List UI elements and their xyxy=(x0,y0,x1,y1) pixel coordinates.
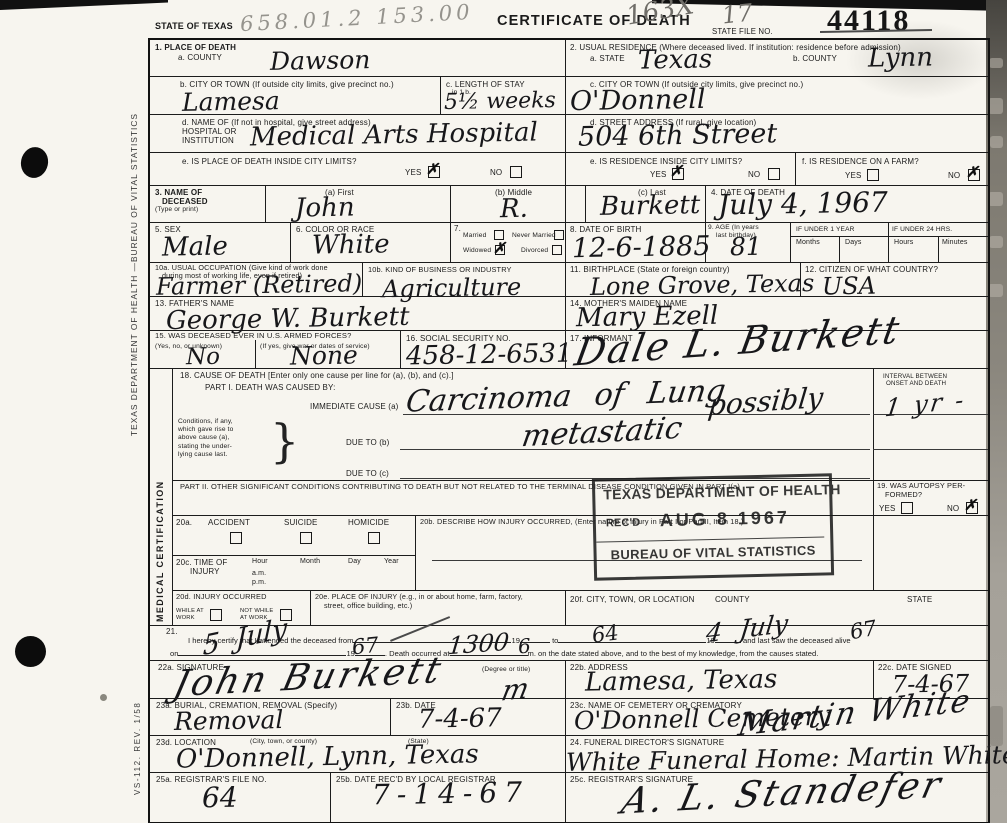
date-of-death-value: July 4, 1967 xyxy=(718,189,888,220)
place-yes-checkbox: ✗ xyxy=(428,166,440,178)
homicide-label: HOMICIDE xyxy=(348,518,389,527)
residence-yes-checkbox: ✗ xyxy=(672,168,684,180)
months-label: Months xyxy=(796,239,820,247)
interval-value: 1 yr - xyxy=(884,387,969,420)
certify-hw-time: 1300 xyxy=(447,630,510,658)
marital-label: 7. xyxy=(454,224,461,233)
race-value: White xyxy=(312,231,390,258)
farm-no-checkbox: ✗ xyxy=(968,169,980,181)
widowed-label: Widowed xyxy=(463,247,491,255)
pencil-notation-right-2: 17 xyxy=(721,0,754,27)
armed-forces-value1: No xyxy=(186,346,220,370)
registrar-file-value: 64 xyxy=(202,784,238,813)
cause-part1: PART I. DEATH WAS CAUSED BY: xyxy=(205,383,335,392)
injury-county-label: COUNTY xyxy=(715,595,750,604)
place-county-value: Dawson xyxy=(270,47,371,74)
place-city-value: Lamesa xyxy=(182,88,280,115)
accident-label: ACCIDENT xyxy=(208,518,250,527)
margin-form-code: VS-112. REV. 1/58 xyxy=(133,702,142,795)
while-at-work-label-1: WHILE AT xyxy=(176,608,204,615)
autopsy-yes-checkbox xyxy=(901,502,913,514)
certify-hw-meridiem: 6 xyxy=(517,636,531,657)
residence-street-value: 504 6th Street xyxy=(578,120,778,150)
residence-state-label: a. STATE xyxy=(590,54,625,63)
never-married-checkbox xyxy=(554,230,564,240)
autopsy-no-checkbox: ✗ xyxy=(966,502,978,514)
margin-department-text: TEXAS DEPARTMENT OF HEALTH —BUREAU OF VI… xyxy=(129,113,139,436)
injury-20a-label: 20a. xyxy=(176,518,192,527)
place-county-label: a. COUNTY xyxy=(178,53,222,62)
location-value: O'Donnell, Lynn, Texas xyxy=(176,741,479,772)
hours-label: Hours xyxy=(894,239,913,247)
divorced-label: Divorced xyxy=(521,247,548,255)
stamp-recd: REC'D xyxy=(606,517,641,531)
pm-label: p.m. xyxy=(252,579,266,587)
while-at-work-label-2: WORK xyxy=(176,615,195,622)
suicide-label: SUICIDE xyxy=(284,518,318,527)
certificate-form: MEDICAL CERTIFICATION xyxy=(148,38,990,823)
autopsy-yes-label: YES xyxy=(879,504,895,513)
pencil-notation-left: 658.01.2 153.00 xyxy=(240,2,474,35)
residence-no-checkbox xyxy=(768,168,780,180)
injury-20d-label: 20d. INJURY OCCURRED xyxy=(176,593,267,602)
ink-speck xyxy=(100,694,107,701)
place-inside-city-label: e. IS PLACE OF DEATH INSIDE CITY LIMITS? xyxy=(182,157,357,166)
stamp-date: AUG 8 1967 xyxy=(660,507,791,531)
stamp-line-3: BUREAU OF VITAL STATISTICS xyxy=(610,543,815,563)
burial-date-value: 7-4-67 xyxy=(418,705,502,732)
injury-20f-label: 20f. CITY, TOWN, OR LOCATION xyxy=(570,595,695,604)
physician-address: Lamesa, Texas xyxy=(585,666,778,695)
certify-number: 21. xyxy=(166,627,178,636)
due-to-b-value: metastatic xyxy=(520,414,685,453)
hospital-value: Medical Arts Hospital xyxy=(250,119,538,150)
physician-signature-flourish: m xyxy=(499,674,532,706)
days-label: Days xyxy=(845,239,862,247)
sex-value: Male xyxy=(162,233,228,260)
residence-yes-label: YES xyxy=(650,170,666,179)
length-of-stay-value: 5½ weeks xyxy=(444,90,556,114)
citizen-value: USA xyxy=(822,274,876,299)
am-label: a.m. xyxy=(252,570,266,578)
never-married-label: Never Married xyxy=(512,232,556,240)
autopsy-no-label: NO xyxy=(947,504,959,513)
last-name-value: Burkett xyxy=(600,192,701,220)
certify-hw-year1: 64 xyxy=(591,622,620,647)
farm-yes-checkbox xyxy=(867,169,879,181)
divorced-checkbox xyxy=(552,245,562,255)
state-of-texas-label: STATE OF TEXAS xyxy=(155,21,233,32)
residence-county-value: Lynn xyxy=(868,44,933,71)
father-name-value: George W. Burkett xyxy=(166,304,410,334)
under-24-hrs-label: IF UNDER 24 HRS. xyxy=(892,226,952,234)
hospital-label-3: INSTITUTION xyxy=(182,136,234,145)
registrar-recd-value: 7-14-67 xyxy=(372,779,529,810)
minutes-label: Minutes xyxy=(942,239,968,247)
received-stamp: TEXAS DEPARTMENT OF HEALTH REC'D AUG 8 1… xyxy=(592,473,834,580)
first-name-value: John xyxy=(295,194,355,221)
immediate-cause-value-2: possibly xyxy=(707,384,825,420)
punch-hole-bottom xyxy=(15,636,46,667)
due-to-c-label: DUE TO (c) xyxy=(346,469,389,478)
accident-checkbox xyxy=(230,532,242,544)
middle-name-value: R. xyxy=(500,196,528,222)
farm-label: f. IS RESIDENCE ON A FARM? xyxy=(802,157,919,166)
immediate-cause-label: IMMEDIATE CAUSE (a) xyxy=(310,402,399,411)
armed-forces-label: 15. WAS DECEASED EVER IN U.S. ARMED FORC… xyxy=(155,332,351,341)
date-of-birth-value: 12-6-1885 xyxy=(572,233,711,262)
month-label: Month xyxy=(300,558,320,566)
armed-forces-value2: None xyxy=(290,342,358,368)
injury-20e-label-2: street, office building, etc.) xyxy=(324,602,412,610)
farm-no-label: NO xyxy=(948,171,960,180)
under-1-year-label: IF UNDER 1 YEAR xyxy=(796,226,855,234)
autopsy-label-2: FORMED? xyxy=(885,491,922,500)
not-while-label-1: NOT WHILE xyxy=(240,608,273,615)
place-yes-label: YES xyxy=(405,168,421,177)
name-label-3: (Type or print) xyxy=(155,206,198,214)
due-to-b-label: DUE TO (b) xyxy=(346,438,389,447)
residence-title: 2. USUAL RESIDENCE (Where deceased lived… xyxy=(570,43,901,52)
burial-type-value: Removal xyxy=(174,707,284,734)
widowed-checkbox: ✗ xyxy=(495,245,505,255)
medical-certification-label: MEDICAL CERTIFICATION xyxy=(155,480,165,622)
certify-hw-year2: 67 xyxy=(848,618,878,643)
conditions-brace: } xyxy=(270,414,299,468)
hour-label: Hour xyxy=(252,558,268,566)
residence-city-value: O'Donnell xyxy=(570,86,706,115)
ssn-value: 458-12-6531 xyxy=(406,341,573,370)
day-label: Day xyxy=(348,558,361,566)
year-label: Year xyxy=(384,558,399,566)
age-value: 81 xyxy=(730,234,762,260)
occupation-value: Farmer (Retired) xyxy=(156,271,363,299)
stamp-line-1: TEXAS DEPARTMENT OF HEALTH xyxy=(603,481,841,503)
injury-state-label: STATE xyxy=(907,595,932,604)
conditions-note: Conditions, if any, which gave rise to a… xyxy=(178,418,268,459)
suicide-checkbox xyxy=(300,532,312,544)
birthplace-value: Lone Grove, Texas xyxy=(590,271,815,299)
place-no-label: NO xyxy=(490,168,502,177)
residence-no-label: NO xyxy=(748,170,760,179)
scan-edge-top-left xyxy=(0,0,168,10)
residence-inside-city-label: e. IS RESIDENCE INSIDE CITY LIMITS? xyxy=(590,157,742,166)
injury-20c-label-2: INJURY xyxy=(190,567,220,576)
place-no-checkbox xyxy=(510,166,522,178)
while-at-work-checkbox xyxy=(210,609,222,621)
death-certificate-scan: STATE OF TEXAS 658.01.2 153.00 CERTIFICA… xyxy=(0,0,1007,823)
cause-title: 18. CAUSE OF DEATH [Enter only one cause… xyxy=(180,371,454,380)
age-label-1: 9. AGE (In years xyxy=(708,224,759,232)
residence-state-value: Texas xyxy=(638,46,713,73)
industry-value: Agriculture xyxy=(382,275,522,301)
state-file-number: 44118 xyxy=(827,4,910,38)
state-file-no-label: STATE FILE NO. xyxy=(712,27,773,36)
farm-yes-label: YES xyxy=(845,171,861,180)
interval-label-2: ONSET AND DEATH xyxy=(886,380,946,387)
residence-county-label: b. COUNTY xyxy=(793,54,837,63)
married-label: Married xyxy=(463,232,486,240)
place-of-death-title: 1. PLACE OF DEATH xyxy=(155,43,236,52)
homicide-checkbox xyxy=(368,532,380,544)
punch-hole-top xyxy=(18,145,51,181)
